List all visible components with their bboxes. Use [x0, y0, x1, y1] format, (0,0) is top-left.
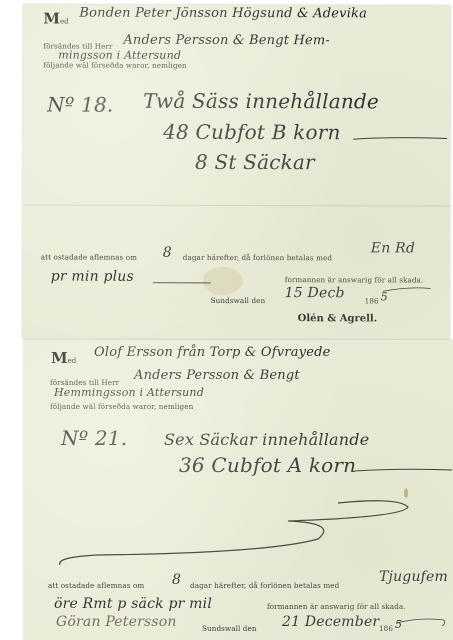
freight-bill-2: Med Olof Ersson från Torp & Ofvrayede fö… [24, 340, 453, 640]
payment-line-2: öre Rmt p säck pr mil [54, 596, 212, 612]
goods-line-1: Twå Säss innehållande [143, 89, 379, 114]
place-label: Sundswall den [211, 296, 266, 305]
date-handwritten: 15 Decb [285, 285, 345, 301]
freight-bill-1: Med Bonden Peter Jönsson Högsund & Adevi… [23, 4, 451, 339]
delivery-days: 8 [172, 572, 181, 588]
med-heading: Med [51, 348, 76, 367]
delivery-mid: dagar härefter, då forlönen betalas med [183, 253, 332, 262]
carrier-name: Bonden Peter Jönsson Högsund & Adevika [79, 6, 367, 22]
med-rest: ed [68, 357, 77, 365]
year-printed: 186 [365, 296, 379, 305]
carrier-name: Olof Ersson från Torp & Ofvrayede [94, 345, 331, 360]
payment-underline [153, 280, 213, 286]
flourish-line [353, 133, 448, 143]
payment-line-1: En Rd [371, 240, 415, 256]
foljande-label: följande wäl förseðda waror, nemligen [50, 402, 193, 411]
sender-signature: Göran Petersson [56, 614, 177, 630]
goods-line-2: 48 Cubfot B korn [163, 120, 341, 144]
delivery-mid: dagar härefter, då forlönen betalas med [190, 581, 339, 590]
goods-line-1: Sex Säckar innehållande [164, 430, 369, 449]
merchant-signature: Olén & Agrell. [298, 313, 378, 324]
delivery-prefix: att ostadade aflemnas om [48, 581, 144, 590]
goods-number: Nº 18. [47, 93, 113, 117]
goods-number: Nº 21. [61, 426, 127, 450]
recipient-line-1: Anders Persson & Bengt Hem- [123, 33, 330, 49]
delivery-days: 8 [163, 245, 172, 261]
closing-flourish [38, 495, 428, 565]
med-heading: Med [43, 8, 68, 27]
liability-text: formannen är answarig för all skada. [267, 602, 406, 611]
recipient-line-2: Hemmingsson i Attersund [54, 386, 204, 399]
date-flourish [383, 285, 433, 293]
date-handwritten: 21 December [282, 614, 379, 630]
foljande-label: följande wäl förseðda waror, nemligen [43, 60, 186, 69]
liability-text: formannen är answarig för all skada. [285, 275, 424, 284]
med-initial: M [51, 349, 68, 367]
med-initial: M [43, 9, 60, 27]
med-rest: ed [60, 18, 69, 26]
payment-line-1: Tjugufem [379, 569, 448, 585]
payment-line-2: pr min plus [51, 269, 134, 285]
flourish-line [354, 465, 453, 475]
date-flourish [396, 616, 446, 626]
goods-line-3: 8 St Säckar [195, 150, 315, 174]
recipient-line-1: Anders Persson & Bengt [134, 368, 300, 383]
goods-line-2: 36 Cubfot A korn [179, 453, 356, 477]
fold-crease [23, 204, 450, 206]
year-printed: 186 [379, 624, 393, 633]
place-label: Sundswall den [202, 624, 257, 633]
delivery-prefix: att ostadade aflemnas om [41, 252, 137, 261]
